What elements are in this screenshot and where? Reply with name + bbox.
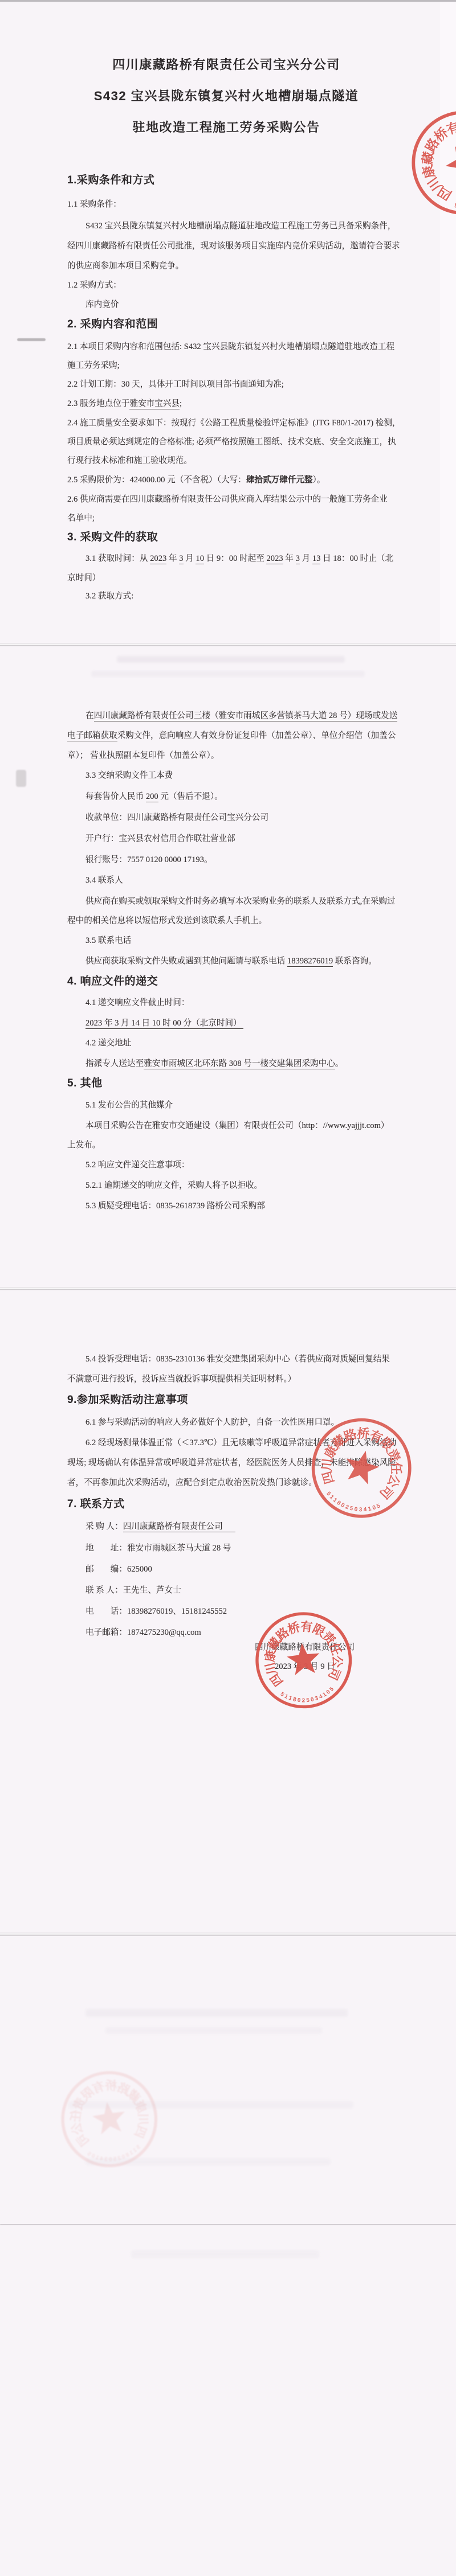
text-segment: 月 — [184, 554, 196, 563]
text-segment: 四川康藏路桥有限责任公司 — [255, 1643, 355, 1652]
text-line: 2.6 供应商需要在四川康藏路桥有限责任公司供应商入库结果公示中的一般施工劳务企… — [67, 494, 388, 505]
text-line: 不满意可进行投诉，投诉应当就投诉事项提供相关证明材料。） — [67, 1374, 296, 1385]
text-line: 3.2 获取方式: — [85, 591, 133, 602]
text-line: 供应商在购买或领取采购文件时务必填写本次采购业务的联系人及联系方式,在采购过 — [85, 896, 396, 907]
text-segment: 7. 联系方式 — [67, 1498, 125, 1510]
text-segment: 日 9：00 时起至 — [204, 554, 266, 563]
text-segment: 雅安市宝兴县 — [129, 399, 180, 409]
text-line: 3.5 联系电话 — [85, 936, 131, 946]
scan-artifact — [85, 2158, 331, 2165]
page-3 — [0, 1290, 456, 1933]
text-segment: 的供应商参加本项目采购竞争。 — [67, 261, 184, 270]
text-segment: 邮 编：625000 — [85, 1565, 152, 1574]
text-segment: 9.参加采购活动注意事项 — [67, 1394, 188, 1406]
signature-company: 四川康藏路桥有限责任公司 — [255, 1642, 355, 1653]
text-segment: 施工劳务采购; — [67, 361, 120, 370]
text-line: 5.2.1 逾期递交的响应文件，采购人将予以拒收。 — [85, 1180, 262, 1191]
text-segment: 银行账号：7557 0120 0000 17193。 — [85, 855, 213, 864]
text-line: 3.3 交纳采购文件工本费 — [85, 770, 173, 781]
text-segment: 电 话：18398276019、15181245552 — [85, 1607, 227, 1616]
text-segment: 3.2 获取方式: — [85, 592, 133, 601]
text-line: 收款单位：四川康藏路桥有限责任公司宝兴分公司 — [85, 813, 268, 823]
text-line: 6.1 参与采购活动的响应人务必做好个人防护，自备一次性医用口罩。 — [85, 1417, 339, 1428]
text-segment: 在 — [85, 711, 94, 720]
text-line: 章）； 营业执照副本复印件（加盖公章）。 — [67, 750, 219, 761]
text-line: 现场; 现场确认有体温异常或呼吸道异常症状者，经医院医务人员排查，未能排除感染风… — [67, 1458, 396, 1469]
text-segment: 指派专人送达至 — [85, 1059, 144, 1068]
text-line: 本项目采购公告在雅安市交通建设（集团）有限责任公司（http：//www.yaj… — [85, 1121, 389, 1131]
text-line: 电 话：18398276019、15181245552 — [85, 1606, 227, 1617]
text-line: 行现行技术标准和施工验收规范。 — [67, 456, 192, 466]
scan-artifact — [105, 2027, 322, 2034]
text-segment: 电子邮箱获取 — [67, 731, 117, 741]
text-line: 1.1 采购条件： — [67, 199, 121, 210]
text-line: 电子邮箱获取采购文件，意向响应人有效身份证复印件（加盖公章）、单位介绍信（加盖公 — [67, 731, 396, 741]
text-line: 每套售价人民币 200 元（售后不退）。 — [85, 791, 223, 802]
text-line: 1.2 采购方式： — [67, 280, 121, 291]
scan-artifact — [85, 2009, 348, 2017]
text-segment: 2.6 供应商需要在四川康藏路桥有限责任公司供应商入库结果公示中的一般施工劳务企… — [67, 495, 388, 504]
text-line: 指派专人送达至雅安市雨城区北环东路 308 号一楼交建集团采购中心。 — [85, 1059, 343, 1069]
text-segment: 京时间） — [67, 573, 100, 583]
section-heading: 5. 其他 — [67, 1077, 103, 1091]
text-segment: 者，不再参加此次采购活动，应配合到定点收治医院发热门诊就诊。 — [67, 1478, 317, 1487]
text-segment: 5. 其他 — [67, 1077, 103, 1089]
text-segment: 200 — [146, 792, 158, 802]
text-line: S432 宝兴县陇东镇复兴村火地槽崩塌点隧道驻地改造工程施工劳务已具备采购条件， — [85, 221, 396, 232]
text-segment: 5.1 发布公告的其他媒介 — [85, 1101, 173, 1110]
text-line: 2.1 本项目采购内容和范围包括: S432 宝兴县陇东镇复兴村火地槽崩塌点隧道… — [67, 342, 394, 352]
text-segment: 6.2 经现场测量体温正常（＜37.3℃）且无咳嗽等呼吸道异常症状者方可进入采购… — [85, 1438, 396, 1447]
text-segment: 2023 — [150, 554, 166, 564]
text-segment: 供应商在购买或领取采购文件时务必填写本次采购业务的联系人及联系方式,在采购过 — [85, 897, 396, 906]
text-segment: 6.1 参与采购活动的响应人务必做好个人防护，自备一次性医用口罩。 — [85, 1418, 339, 1427]
text-segment: 1.采购条件和方式 — [67, 174, 154, 186]
text-segment: 4. 响应文件的递交 — [67, 975, 158, 987]
text-segment: 2.3 服务地点位于 — [67, 399, 129, 408]
text-segment: 供应商获取采购文件失败或遇到其他问题请与联系电话 — [85, 957, 287, 966]
text-line: 施工劳务采购; — [67, 360, 120, 371]
text-segment: 3.5 联系电话 — [85, 936, 131, 945]
text-line: 5.1 发布公告的其他媒介 — [85, 1100, 173, 1111]
text-line: 名单中; — [67, 513, 95, 524]
text-segment: 四川康藏路桥有限责任公司宝兴分公司 — [112, 58, 340, 72]
text-segment: 行现行技术标准和施工验收规范。 — [67, 456, 192, 465]
section-heading: 3. 采购文件的获取 — [67, 531, 158, 545]
scan-artifact — [117, 656, 345, 663]
signature-date: 2023 年 3 月 9 日 — [275, 1662, 335, 1672]
text-segment: 3 — [179, 554, 183, 564]
text-segment: ）。 — [313, 475, 325, 485]
text-segment: 上发布。 — [67, 1141, 100, 1150]
text-segment: 2023 年 3 月 14 日 10 时 00 分（北京时间） — [85, 1019, 243, 1029]
text-segment: 日 18：00 时止（北 — [320, 554, 393, 563]
text-segment: 3.3 交纳采购文件工本费 — [85, 771, 173, 780]
section-heading: 9.参加采购活动注意事项 — [67, 1393, 188, 1408]
scan-top-edge — [0, 0, 456, 2]
text-line: 5.3 质疑受理电话：0835-2618739 路桥公司采购部 — [85, 1201, 265, 1212]
text-line: 在四川康藏路桥有限责任公司三楼（雅安市雨城区多营镇茶马大道 28 号）现场或发送 — [85, 711, 397, 721]
text-segment: 年 — [283, 554, 296, 563]
text-line: 者，不再参加此次采购活动，应配合到定点收治医院发热门诊就诊。 — [67, 1478, 317, 1488]
section-heading: 1.采购条件和方式 — [67, 174, 154, 188]
text-line: 采 购 人：四川康藏路桥有限责任公司 — [85, 1521, 235, 1532]
text-segment: 2.2 计划工期：30 天，具体开工时间以项目部书面通知为准; — [67, 380, 284, 389]
text-segment: 电子邮箱：1874275230@qq.com — [85, 1628, 201, 1637]
text-line: 的供应商参加本项目采购竞争。 — [67, 261, 184, 272]
text-segment: 2023 — [266, 554, 283, 564]
text-line: 3.4 联系人 — [85, 875, 123, 886]
text-segment: 2. 采购内容和范围 — [67, 318, 158, 330]
text-segment: 地 址：雅安市雨城区茶马大道 28 号 — [85, 1544, 231, 1553]
text-segment: 4.1 递交响应文件截止时间： — [85, 998, 189, 1007]
document-title-line: 驻地改造工程施工劳务采购公告 — [0, 120, 453, 136]
text-segment: S432 宝兴县陇东镇复兴村火地槽崩塌点隧道 — [94, 89, 359, 103]
text-segment: 3. 采购文件的获取 — [67, 531, 158, 543]
text-line: 5.2 响应文件递交注意事项： — [85, 1160, 189, 1171]
text-segment: 1.2 采购方式： — [67, 281, 121, 290]
text-segment: 5.4 投诉受理电话：0835-2310136 雅安交建集团采购中心（若供应商对… — [85, 1355, 390, 1364]
text-segment: 四川康藏路桥有限责任公司三楼（雅安市雨城区多营镇茶马大道 28 号）现场或发送 — [94, 711, 398, 721]
text-segment: 名单中; — [67, 514, 95, 523]
text-segment: 年 — [166, 554, 179, 563]
text-segment: 5.3 质疑受理电话：0835-2618739 路桥公司采购部 — [85, 1201, 265, 1211]
scanned-document-canvas: 四川康藏路桥有限责任公司宝兴分公司S432 宝兴县陇东镇复兴村火地槽崩塌点隧道驻… — [0, 0, 456, 2576]
text-segment: 经四川康藏路桥有限责任公司批准，现对该服务项目实施库内竞价采购活动，邀请符合要求 — [67, 241, 400, 251]
text-segment: 采 购 人： — [85, 1522, 123, 1531]
text-line: 上发布。 — [67, 1140, 100, 1151]
text-line: 5.4 投诉受理电话：0835-2310136 雅安交建集团采购中心（若供应商对… — [85, 1354, 390, 1365]
text-segment: 驻地改造工程施工劳务采购公告 — [132, 120, 320, 134]
text-line: 2.2 计划工期：30 天，具体开工时间以项目部书面通知为准; — [67, 379, 284, 390]
text-line: 电子邮箱：1874275230@qq.com — [85, 1627, 201, 1638]
text-segment: S432 宝兴县陇东镇复兴村火地槽崩塌点隧道驻地改造工程施工劳务已具备采购条件， — [85, 221, 396, 231]
text-segment: 5.2.1 逾期递交的响应文件，采购人将予以拒收。 — [85, 1181, 262, 1190]
section-heading: 7. 联系方式 — [67, 1498, 125, 1512]
text-line: 邮 编：625000 — [85, 1564, 152, 1575]
text-line: 银行账号：7557 0120 0000 17193。 — [85, 855, 213, 865]
text-line: 京时间） — [67, 573, 100, 584]
text-segment: 项目质量必须达到规定的合格标准; 必须严格按照施工图纸、技术交底、安全交底施工，… — [67, 437, 396, 446]
text-line: 4.1 递交响应文件截止时间： — [85, 998, 189, 1008]
text-segment: 4.2 递交地址 — [85, 1039, 131, 1048]
text-segment: 现场; 现场确认有体温异常或呼吸道异常症状者，经医院医务人员排查，未能排除感染风… — [67, 1458, 396, 1467]
text-line: 2.3 服务地点位于雅安市宝兴县; — [67, 399, 182, 409]
document-title-line: S432 宝兴县陇东镇复兴村火地槽崩塌点隧道 — [0, 88, 453, 105]
text-segment: 四川康藏路桥有限责任公司 — [123, 1522, 235, 1532]
text-line: 6.2 经现场测量体温正常（＜37.3℃）且无咳嗽等呼吸道异常症状者方可进入采购… — [85, 1438, 396, 1449]
text-segment: 元（售后不退）。 — [158, 792, 223, 801]
text-segment: 18398276019 — [287, 957, 333, 967]
text-line: 经四川康藏路桥有限责任公司批准，现对该服务项目实施库内竞价采购活动，邀请符合要求 — [67, 241, 400, 252]
text-line: 项目质量必须达到规定的合格标准; 必须严格按照施工图纸、技术交底、安全交底施工，… — [67, 437, 396, 448]
text-segment: 肆拾贰万肆仟元整 — [246, 475, 313, 485]
text-segment: 本项目采购公告在雅安市交通建设（集团）有限责任公司（http：//www.yaj… — [85, 1121, 389, 1130]
text-segment: 。 — [335, 1059, 344, 1068]
text-segment: 3 — [296, 554, 300, 564]
text-segment: 雅安市雨城区北环东路 308 号一楼交建集团采购中心 — [144, 1059, 335, 1069]
text-line: 2.5 采购限价为：424000.00 元（不含税）（大写：肆拾贰万肆仟元整）。 — [67, 475, 325, 486]
section-heading: 4. 响应文件的递交 — [67, 975, 158, 989]
text-segment: 月 — [300, 554, 312, 563]
text-segment: 5.2 响应文件递交注意事项： — [85, 1160, 189, 1170]
text-segment: 2023 年 3 月 9 日 — [275, 1662, 335, 1671]
text-segment: 10 — [196, 554, 204, 564]
text-segment: 程中的相关信息将以短信形式发送到该联系人手机上。 — [67, 916, 267, 925]
text-line: 联 系 人：王先生、芦女士 — [85, 1585, 181, 1596]
text-line: 2.4 施工质量安全要求如下：按现行《公路工程质量检验评定标准》(JTG F80… — [67, 418, 401, 429]
text-line: 开户行：宝兴县农村信用合作联社营业部 — [85, 834, 235, 844]
text-segment: 1.1 采购条件： — [67, 200, 121, 209]
text-segment: 采购文件，意向响应人有效身份证复印件（加盖公章）、单位介绍信（加盖公 — [117, 731, 396, 740]
text-line: 程中的相关信息将以短信形式发送到该联系人手机上。 — [67, 916, 267, 926]
scan-artifact — [17, 338, 46, 341]
text-segment: 3.4 联系人 — [85, 876, 123, 885]
text-segment: ; — [180, 399, 182, 408]
text-segment: 收款单位：四川康藏路桥有限责任公司宝兴分公司 — [85, 813, 268, 822]
text-segment: 13 — [312, 554, 321, 564]
text-segment: 不满意可进行投诉，投诉应当就投诉事项提供相关证明材料。） — [67, 1375, 296, 1384]
text-line: 供应商获取采购文件失败或遇到其他问题请与联系电话 18398276019 联系咨… — [85, 956, 377, 967]
text-segment: 章）； 营业执照副本复印件（加盖公章）。 — [67, 751, 219, 760]
text-line: 2023 年 3 月 14 日 10 时 00 分（北京时间） — [85, 1018, 243, 1029]
text-segment: 每套售价人民币 — [85, 792, 146, 801]
scan-artifact — [68, 2101, 353, 2109]
scan-artifact — [91, 671, 365, 677]
scan-artifact — [16, 770, 26, 787]
text-line: 地 址：雅安市雨城区茶马大道 28 号 — [85, 1543, 231, 1554]
text-line: 库内竞价 — [85, 300, 119, 310]
text-segment: 3.1 获取时间：从 — [85, 554, 150, 563]
text-segment: 2.5 采购限价为：424000.00 元（不含税）（大写： — [67, 475, 246, 485]
text-line: 3.1 获取时间：从 2023 年 3 月 10 日 9：00 时起至 2023… — [85, 553, 393, 564]
text-segment: 2.1 本项目采购内容和范围包括: S432 宝兴县陇东镇复兴村火地槽崩塌点隧道… — [67, 342, 394, 351]
scan-artifact — [131, 2250, 319, 2258]
scan-artifact — [0, 2224, 456, 2225]
text-line: 4.2 递交地址 — [85, 1038, 131, 1049]
text-segment: 库内竞价 — [85, 300, 119, 309]
text-segment: 联 系 人：王先生、芦女士 — [85, 1586, 181, 1595]
document-title-line: 四川康藏路桥有限责任公司宝兴分公司 — [0, 57, 453, 73]
text-segment: 开户行：宝兴县农村信用合作联社营业部 — [85, 834, 235, 843]
text-segment: 2.4 施工质量安全要求如下：按现行《公路工程质量检验评定标准》(JTG F80… — [67, 419, 401, 428]
section-heading: 2. 采购内容和范围 — [67, 318, 158, 332]
text-segment: 联系咨询。 — [333, 957, 377, 966]
